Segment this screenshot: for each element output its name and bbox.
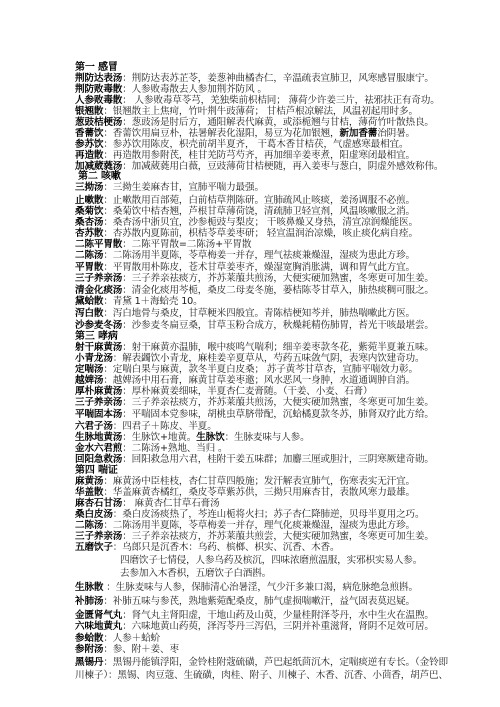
formula-name: 麻杏石甘汤	[75, 498, 122, 509]
formula-name: 再造散	[75, 150, 103, 161]
formula-line: 参蛤散：人参＋蛤蚧	[75, 633, 160, 644]
formula-verse: ：香薷饮用扁豆朴，祛暑解表化湿阳，易豆为花加银翘，	[103, 128, 339, 139]
formula-verse-secondary: ：生脉麦味与人参。	[225, 432, 310, 443]
formula-line: 平喘固本汤：平喘固本党参味，胡桃虫草脐带配，沉蛤橘夏款冬苏，肺肾双疗此方给。	[75, 409, 434, 420]
formula-verse: ：荆防达表苏芷苓，姜葱神曲橘杏仁，辛温疏表宣肺卫，风寒感冒服康宁。	[122, 73, 434, 84]
formula-name: 补肺汤	[75, 596, 103, 607]
formula-verse: ：二陈汤+熟地、当归 。	[122, 443, 227, 454]
formula-verse: ：生脉饮+地黄。	[122, 432, 196, 443]
formula-line: 二陈平胃散：二陈平胃散=二陈汤+平胃散	[75, 239, 251, 250]
formula-line: 桑白皮汤：桑白皮汤痰热了，芩连山栀将火扫；苏子杏仁降肺逆，贝母半夏用之巧。	[75, 509, 424, 520]
formula-line: 平胃散：平胃散用朴陈皮，苍术甘草姜枣齐，燥湿宽胸消胀满，调和胃气此方宜。	[75, 262, 415, 273]
formula-name: 泻白散	[75, 308, 103, 319]
formula-name: 荆防达表汤	[75, 73, 122, 84]
formula-verse-secondary: 治阴暑。	[377, 128, 415, 139]
formula-verse: ：射干麻黄亦温肺，喉中痰鸣气喘利；细辛姜枣款冬花，紫菀半夏兼五味。	[122, 342, 434, 353]
section-heading-common-cold: 第一 感冒	[75, 62, 118, 73]
formula-verse: ：回阳救急用六君，桂附干姜五味群；加麝三厘或胆汁，三阴寒厥建奇勋。	[122, 454, 434, 465]
formula-line: 越婢汤：越婢汤中用石膏，麻黄甘草姜枣邀；风水恶风一身肿，水道通调肿自消。	[75, 375, 415, 386]
formula-verse: ：参苏饮用陈皮，枳壳前胡半夏齐， 干葛木香甘桔茯，气虚感寒最相宜。	[103, 139, 408, 150]
formula-line: 止嗽散：止嗽散用百部菀，白前桔草荆陈研。宣肺疏风止咳痰，姜汤调服不必煎。	[75, 195, 415, 206]
formula-verse: ：杏苏散内夏陈前，枳桔苓草姜枣研； 轻宣温润治凉燥，咳止痰化病自痊。	[103, 228, 418, 239]
formula-name: 平喘固本汤	[75, 409, 122, 420]
formula-verse: ：再造散用参附芪，桂甘羌防芎芍齐，再加细辛姜枣煮，阳虚寒闭最相宜。	[103, 150, 415, 161]
formula-name: 桑白皮汤	[75, 509, 113, 520]
formula-verse: ：桑菊饮中桔杏翘，芦根甘草薄荷饶，清疏肺卫轻宣剂，风温咳嗽服之消。	[103, 206, 415, 217]
verse-continuation: 川楝子）：黑锡、肉豆蔻、生硫磺，肉桂、附子、川楝子、木香、沉香、小茴香，胡芦巴、	[75, 670, 448, 681]
formula-name: 参附汤	[75, 644, 103, 655]
formula-name: 银翘散	[75, 106, 103, 117]
formula-verse: ：定喘白果与麻黄，款冬半夏白皮桑； 苏子黄芩甘草杏，宣肺平喘效力彰。	[103, 364, 418, 375]
formula-line: 清金化痰汤：清金化痰用芩栀，桑皮二母麦冬施，蒌桔陈苓甘草入，肺热痰稠可服之。	[75, 285, 434, 296]
formula-name: 三子养亲汤	[75, 397, 122, 408]
formula-name: 止嗽散	[75, 195, 103, 206]
formula-line: 华盖散：华盖麻黄杏橘红，桑皮苓草紫苏供，三拗只用麻杏甘，表散风寒力最雄。	[75, 487, 415, 498]
formula-verse: ：三拗生姜麻杏甘，宣肺平喘力最强。	[103, 182, 264, 193]
formula-name: 二陈汤	[75, 520, 103, 531]
formula-line: 杏苏散：杏苏散内夏陈前，枳桔苓草姜枣研； 轻宣温润治凉燥，咳止痰化病自痊。	[75, 228, 418, 239]
formula-name: 三子养亲汤	[75, 531, 122, 542]
formula-name: 沙参麦冬汤	[75, 320, 122, 331]
formula-line: 二陈汤：二陈汤用半夏陈，苓草梅姜一并存，理气祛痰兼燥湿，湿痰为患此方珍。	[75, 250, 415, 261]
formula-verse: ：泻白地骨与桑皮，甘草粳米四般宜。青陈桔梗知芩并，肺热喘嗽此方医。	[103, 308, 415, 319]
formula-line: 三子养亲汤：三子养亲祛痰方，芥苏莱菔共煎汤，大便实硬加熟蜜，冬寒更可加生姜。	[75, 397, 434, 408]
formula-line: 定喘汤：定喘白果与麻黄，款冬半夏白皮桑； 苏子黄芩甘草杏，宣肺平喘效力彰。	[75, 364, 418, 375]
formula-verse: ：桑白皮汤痰热了，芩连山栀将火扫；苏子杏仁降肺逆，贝母半夏用之巧。	[113, 509, 425, 520]
formula-verse: ：加减葳蕤用白薇，豆豉薄荷甘桔梗随，再入姜枣与葱白，阴虚外感效称伟。	[122, 161, 443, 172]
formula-line: 生脉地黄汤：生脉饮+地黄。生脉饮：生脉麦味与人参。	[75, 432, 310, 443]
formula-name: 六味地黄丸	[75, 621, 122, 632]
formula-verse: ：桑杏汤中浙贝宜，沙参栀豉与梨皮； 干咳鼻燥又身热，清宣凉润燥能医。	[103, 217, 418, 228]
formula-verse: ：三子养亲祛痰方，芥苏莱菔共煎汤，大便实硬加熟蜜，冬寒更可加生姜。	[122, 397, 434, 408]
formula-verse: ：生脉麦味与人参，保肺清心治暑淫，气少汗多兼口渴，病危脉绝急煎斟。	[103, 582, 418, 593]
formula-line: 金水六君煎：二陈汤+熟地、当归 。	[75, 443, 227, 454]
formula-line: 金匮肾气丸：肾气丸主肾阳虚，干地山药及山萸，少量桂附泽苓丹，水中生火在温煦。	[75, 610, 434, 621]
formula-verse: ：乌郎只是沉香木：乌药、槟榔、枳实、沉香、木香。	[113, 542, 340, 553]
formula-name: 麻黄汤	[75, 476, 103, 487]
formula-name: 射干麻黄汤	[75, 342, 122, 353]
formula-verse: ： 人参败毒草苓芎，羌独柴前枳桔同； 薄荷少许姜三片，祛邪扶正有奇功。	[122, 95, 439, 106]
formula-name: 参蛤散	[75, 633, 103, 644]
formula-line: 参附汤：参、附＋姜、枣	[75, 644, 179, 655]
formula-line: 再造散：再造散用参附芪，桂甘羌防芎芍齐，再加细辛姜枣煮，阳虚寒闭最相宜。	[75, 150, 415, 161]
section-heading-dyspnea: 第四 喘证	[75, 465, 118, 476]
formula-line: 射干麻黄汤：射干麻黄亦温肺，喉中痰鸣气喘利；细辛姜枣款冬花，紫菀半夏兼五味。	[75, 342, 434, 353]
formula-verse: ：麻黄汤中臣桂枝，杏仁甘草四般施；发汗解表宣肺气，伤寒表实无汗宜。	[103, 476, 415, 487]
formula-verse: ：四君子＋陈皮、半夏。	[113, 421, 217, 432]
formula-name: 香薷饮	[75, 128, 103, 139]
formula-line: 补肺汤：补肺五味与参芪，熟地紫菀配桑皮，肺气虚损喘嗽汗，益气固表莫迟疑。	[75, 596, 415, 607]
formula-name: 三子养亲汤	[75, 273, 122, 284]
formula-verse: ：平胃散用朴陈皮，苍术甘草姜枣齐，燥湿宽胸消胀满，调和胃气此方宜。	[103, 262, 415, 273]
formula-verse: ：二陈汤用半夏陈，苓草梅姜一并存，理气祛痰兼燥湿，湿痰为患此方珍。	[103, 250, 415, 261]
formula-line: 荆防败毒散：人参败毒散去人参加荆芥防风 。	[75, 84, 267, 95]
formula-line: 加减葳蕤汤：加减葳蕤用白薇，豆豉薄荷甘桔梗随，再入姜枣与葱白，阴虚外感效称伟。	[75, 161, 443, 172]
formula-name: 华盖散	[75, 487, 103, 498]
formula-verse: ：葱豉汤是肘后方，通阳解表代麻黄，或添栀翘与甘桔，薄荷竹叶散热良。	[122, 117, 434, 128]
formula-verse: ：止嗽散用百部菀，白前桔草荆陈研。宣肺疏风止咳痰，姜汤调服不必煎。	[103, 195, 415, 206]
formula-verse: ：银翘散主上焦疴，竹叶荆牛豉薄荷； 甘桔芦根凉解法，风温初起用时多。	[103, 106, 418, 117]
formula-name: 荆防败毒散	[75, 84, 122, 95]
formula-verse: ：平喘固本党参味，胡桃虫草脐带配，沉蛤橘夏款冬苏，肺肾双疗此方给。	[122, 409, 434, 420]
formula-verse: ：二陈汤用半夏陈，苓草梅姜一并存，理气化痰兼燥湿，湿痰为患此方珍。	[103, 520, 415, 531]
formula-line: 厚朴麻黄汤：厚朴麻黄姜细味，半夏杏仁麦膏随。（干姜、小麦、石膏）	[75, 386, 372, 397]
formula-name: 葱豉桔梗汤	[75, 117, 122, 128]
formula-verse: ：青黛 1＋海蛤壳 10。	[103, 296, 202, 307]
formula-name: 金匮肾气丸	[75, 610, 122, 621]
formula-line: 黑锡丹：黑锡丹能镇浮阳，金铃桂附蔻硫磺，芦巴起纸茴沉木，定喘痰逆有专长。（金铃即	[75, 657, 448, 668]
document-page: 第一 感冒 荆防达表汤：荆防达表苏芷苓，姜葱神曲橘杏仁，辛温疏表宣肺卫，风寒感冒…	[0, 0, 500, 707]
verse-continuation: 四磨饮子七情侵，人参乌药及槟沉，四味浓磨煎温服，实邪枳实易人参。	[120, 555, 422, 566]
formula-line: 荆防达表汤：荆防达表苏芷苓，姜葱神曲橘杏仁，辛温疏表宣肺卫，风寒感冒服康宁。	[75, 73, 434, 84]
formula-line: 麻杏石甘汤： 麻黄杏仁甘草石膏汤	[75, 498, 220, 509]
formula-line: 小青龙汤：解表蠲饮小青龙，麻桂姜辛夏草从，芍药五味敛气阴，表寒内饮建奇功。	[75, 353, 424, 364]
formula-name: 小青龙汤	[75, 353, 113, 364]
formula-verse: ：参、附＋姜、枣	[103, 644, 179, 655]
formula-name: 桑杏汤	[75, 217, 103, 228]
formula-verse: ：三子养亲祛痰方，芥苏莱菔共煎汤，大便实硬加熟蜜，冬寒更可加生姜。	[122, 273, 434, 284]
formula-name: 人参败毒散	[75, 95, 122, 106]
formula-verse: ：六味地黄山药萸，泽泻苓丹三泻侣，三阴并补重滋肾，肾阴不足效可居。	[122, 621, 434, 632]
formula-line: 二陈汤：二陈汤用半夏陈，苓草梅姜一并存，理气化痰兼燥湿，湿痰为患此方珍。	[75, 520, 415, 531]
formula-name: 厚朴麻黄汤	[75, 386, 122, 397]
formula-name: 回阳急救汤	[75, 454, 122, 465]
formula-verse: ：黑锡丹能镇浮阳，金铃桂附蔻硫磺，芦巴起纸茴沉木，定喘痰逆有专长。（金铃即	[103, 657, 448, 668]
formula-name: 六君子汤	[75, 421, 113, 432]
formula-line: 葱豉桔梗汤：葱豉汤是肘后方，通阳解表代麻黄，或添栀翘与甘桔，薄荷竹叶散热良。	[75, 117, 434, 128]
formula-name: 黛蛤散	[75, 296, 103, 307]
formula-line: 黛蛤散：青黛 1＋海蛤壳 10。	[75, 296, 203, 307]
formula-line: 三拗汤：三拗生姜麻杏甘，宣肺平喘力最强。	[75, 182, 264, 193]
formula-line: 三子养亲汤：三子养亲祛痰方，芥苏莱菔共煎尝，大便实硬加熟蜜，冬寒更可加生姜。	[75, 531, 434, 542]
formula-line: 回阳急救汤：回阳救急用六君，桂附干姜五味群；加麝三厘或胆汁，三阴寒厥建奇勋。	[75, 454, 434, 465]
formula-line: 六味地黄丸：六味地黄山药萸，泽泻苓丹三泻侣，三阴并补重滋肾，肾阴不足效可居。	[75, 621, 434, 632]
formula-name: 越婢汤	[75, 375, 103, 386]
formula-verse: ：越婢汤中用石膏，麻黄甘草姜枣邀；风水恶风一身肿，水道通调肿自消。	[103, 375, 415, 386]
formula-name: 生脉散	[75, 582, 103, 593]
formula-line: 桑菊饮：桑菊饮中桔杏翘，芦根甘草薄荷饶，清疏肺卫轻宣剂，风温咳嗽服之消。	[75, 206, 415, 217]
formula-verse: ：肾气丸主肾阳虚，干地山药及山萸，少量桂附泽苓丹，水中生火在温煦。	[122, 610, 434, 621]
formula-line: 生脉散 ：生脉麦味与人参，保肺清心治暑淫，气少汗多兼口渴，病危脉绝急煎斟。	[75, 582, 418, 593]
formula-line: 六君子汤：四君子＋陈皮、半夏。	[75, 421, 217, 432]
formula-name: 定喘汤	[75, 364, 103, 375]
formula-line: 泻白散：泻白地骨与桑皮，甘草粳米四般宜。青陈桔梗知芩并，肺热喘嗽此方医。	[75, 308, 415, 319]
formula-name: 生脉地黄汤	[75, 432, 122, 443]
formula-verse: ：华盖麻黄杏橘红，桑皮苓草紫苏供，三拗只用麻杏甘，表散风寒力最雄。	[103, 487, 415, 498]
formula-name: 二陈平胃散	[75, 239, 122, 250]
formula-line: 香薷饮：香薷饮用扁豆朴，祛暑解表化湿阳，易豆为花加银翘，新加香薷治阴暑。	[75, 128, 415, 139]
formula-verse: ：人参＋蛤蚧	[103, 633, 160, 644]
formula-line: 沙参麦冬汤：沙参麦冬扁豆桑，甘草玉粉合成方，秋燥耗精伤肺胃，苔光干咳最堪尝。	[75, 320, 434, 331]
formula-verse: ：补肺五味与参芪，熟地紫菀配桑皮，肺气虚损喘嗽汗，益气固表莫迟疑。	[103, 596, 415, 607]
section-heading-cough: 第二 咳嗽	[78, 171, 121, 182]
formula-verse: ：二陈平胃散=二陈汤+平胃散	[122, 239, 251, 250]
formula-name-secondary: 生脉饮	[196, 432, 224, 443]
formula-name: 金水六君煎	[75, 443, 122, 454]
formula-name: 三拗汤	[75, 182, 103, 193]
formula-name: 黑锡丹	[75, 657, 103, 668]
formula-line: 五磨饮子：乌郎只是沉香木：乌药、槟榔、枳实、沉香、木香。	[75, 542, 339, 553]
formula-verse: ：解表蠲饮小青龙，麻桂姜辛夏草从，芍药五味敛气阴，表寒内饮建奇功。	[113, 353, 425, 364]
formula-name: 桑菊饮	[75, 206, 103, 217]
formula-line: 桑杏汤：桑杏汤中浙贝宜，沙参栀豉与梨皮； 干咳鼻燥又身热，清宣凉润燥能医。	[75, 217, 418, 228]
formula-verse: ：厚朴麻黄姜细味，半夏杏仁麦膏随。（干姜、小麦、石膏）	[122, 386, 372, 397]
formula-verse: ：三子养亲祛痰方，芥苏莱菔共煎尝，大便实硬加熟蜜，冬寒更可加生姜。	[122, 531, 434, 542]
formula-name: 清金化痰汤	[75, 285, 122, 296]
formula-verse: ：人参败毒散去人参加荆芥防风 。	[122, 84, 267, 95]
formula-name: 参苏饮	[75, 139, 103, 150]
formula-name: 二陈汤	[75, 250, 103, 261]
formula-line: 银翘散：银翘散主上焦疴，竹叶荆牛豉薄荷； 甘桔芦根凉解法，风温初起用时多。	[75, 106, 418, 117]
formula-name: 杏苏散	[75, 228, 103, 239]
section-heading-asthma: 第三 哮病	[75, 331, 118, 342]
formula-line: 麻黄汤：麻黄汤中臣桂枝，杏仁甘草四般施；发汗解表宣肺气，伤寒表实无汗宜。	[75, 476, 415, 487]
formula-line: 参苏饮：参苏饮用陈皮，枳壳前胡半夏齐， 干葛木香甘桔茯，气虚感寒最相宜。	[75, 139, 408, 150]
formula-name: 平胃散	[75, 262, 103, 273]
verse-continuation: 去参加入木香枳，五磨饮子白酒斟。	[120, 568, 271, 579]
formula-name-secondary: 新加香薷	[339, 128, 377, 139]
formula-line: 人参败毒散： 人参败毒草苓芎，羌独柴前枳桔同； 薄荷少许姜三片，祛邪扶正有奇功。	[75, 95, 440, 106]
formula-name: 五磨饮子	[75, 542, 113, 553]
formula-line: 三子养亲汤：三子养亲祛痰方，芥苏莱菔共煎汤，大便实硬加熟蜜，冬寒更可加生姜。	[75, 273, 434, 284]
formula-verse: ：清金化痰用芩栀，桑皮二母麦冬施，蒌桔陈苓甘草入，肺热痰稠可服之。	[122, 285, 434, 296]
formula-verse: ：沙参麦冬扁豆桑，甘草玉粉合成方，秋燥耗精伤肺胃，苔光干咳最堪尝。	[122, 320, 434, 331]
formula-verse: ： 麻黄杏仁甘草石膏汤	[122, 498, 219, 509]
